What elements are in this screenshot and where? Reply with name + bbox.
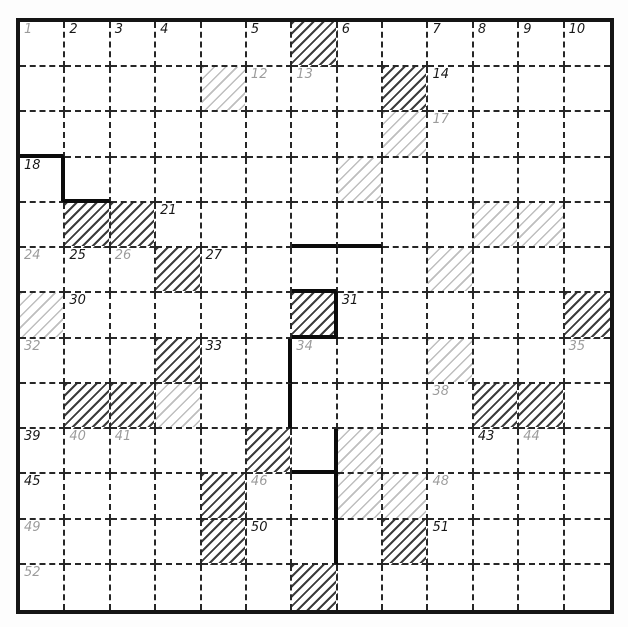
clue-number: 4 <box>160 23 168 36</box>
crossword-cell[interactable] <box>338 474 383 519</box>
clue-number: 1 <box>24 23 32 36</box>
crossword-cell[interactable] <box>338 565 383 610</box>
crossword-cell[interactable] <box>428 293 473 338</box>
clue-number: 41 <box>115 430 132 443</box>
crossword-cell[interactable]: 26 <box>111 248 156 293</box>
crossword-cell[interactable] <box>65 67 110 112</box>
crossword-cell[interactable] <box>565 474 610 519</box>
crossword-cell[interactable] <box>565 248 610 293</box>
crossword-cell[interactable] <box>474 67 519 112</box>
block-cell <box>292 565 337 610</box>
crossword-cell[interactable]: 4 <box>156 22 201 67</box>
crossword-cell[interactable]: 17 <box>428 112 473 157</box>
block-cell <box>156 339 201 384</box>
crossword-grid: 1234567891012131417182124252627303132333… <box>16 18 614 614</box>
crossword-cell[interactable] <box>156 565 201 610</box>
crossword-cell[interactable] <box>65 474 110 519</box>
crossword-cell[interactable]: 49 <box>20 520 65 565</box>
crossword-cell[interactable] <box>519 112 564 157</box>
crossword-cell[interactable]: 51 <box>428 520 473 565</box>
clue-number: 48 <box>432 475 449 488</box>
crossword-cell[interactable] <box>519 248 564 293</box>
crossword-cell[interactable]: 45 <box>20 474 65 519</box>
crossword-cell[interactable] <box>247 384 292 429</box>
crossword-cell[interactable] <box>156 293 201 338</box>
clue-number: 45 <box>24 475 41 488</box>
block-cell <box>383 67 428 112</box>
block-cell <box>202 474 247 519</box>
crossword-cell[interactable]: 12 <box>247 67 292 112</box>
clue-number: 44 <box>523 430 540 443</box>
crossword-cell[interactable]: 1 <box>20 22 65 67</box>
crossword-cell[interactable] <box>111 158 156 203</box>
clue-number: 2 <box>69 23 77 36</box>
crossword-cell[interactable] <box>247 565 292 610</box>
crossword-cell[interactable] <box>202 203 247 248</box>
crossword-cell[interactable]: 30 <box>65 293 110 338</box>
crossword-cell[interactable] <box>474 158 519 203</box>
crossword-cell[interactable] <box>202 158 247 203</box>
clue-number: 17 <box>432 113 449 126</box>
crossword-cell[interactable] <box>202 112 247 157</box>
block-cell <box>111 203 156 248</box>
crossword-cell[interactable] <box>565 67 610 112</box>
crossword-cell[interactable] <box>338 339 383 384</box>
crossword-cell[interactable]: 6 <box>338 22 383 67</box>
block-cell <box>65 203 110 248</box>
clue-number: 38 <box>432 385 449 398</box>
crossword-cell[interactable] <box>292 112 337 157</box>
crossword-cell[interactable] <box>156 520 201 565</box>
clue-number: 24 <box>24 249 41 262</box>
clue-number: 46 <box>251 475 268 488</box>
crossword-cell[interactable] <box>292 520 337 565</box>
crossword-cell[interactable] <box>111 520 156 565</box>
crossword-cell[interactable]: 10 <box>565 22 610 67</box>
crossword-cell[interactable]: 40 <box>65 429 110 474</box>
crossword-cell[interactable] <box>338 384 383 429</box>
crossword-cell[interactable] <box>247 248 292 293</box>
clue-number: 33 <box>206 340 223 353</box>
crossword-cell[interactable] <box>20 384 65 429</box>
crossword-cell[interactable] <box>383 565 428 610</box>
crossword-cell[interactable] <box>428 429 473 474</box>
crossword-cell[interactable] <box>202 429 247 474</box>
crossword-cell[interactable] <box>292 429 337 474</box>
crossword-cell[interactable] <box>111 293 156 338</box>
block-cell <box>247 429 292 474</box>
crossword-cell[interactable] <box>156 384 201 429</box>
clue-number: 3 <box>115 23 123 36</box>
clue-number: 10 <box>569 23 586 36</box>
crossword-cell[interactable] <box>111 339 156 384</box>
crossword-cell[interactable] <box>474 112 519 157</box>
clue-number: 18 <box>24 159 41 172</box>
crossword-cell[interactable] <box>20 293 65 338</box>
crossword-cell[interactable] <box>565 112 610 157</box>
crossword-cell[interactable] <box>338 203 383 248</box>
crossword-cell[interactable]: 32 <box>20 339 65 384</box>
crossword-cell[interactable] <box>428 339 473 384</box>
clue-number: 50 <box>251 521 268 534</box>
crossword-cell[interactable] <box>474 565 519 610</box>
crossword-cell[interactable]: 24 <box>20 248 65 293</box>
clue-number: 34 <box>296 340 313 353</box>
crossword-cell[interactable] <box>292 248 337 293</box>
block-cell <box>383 520 428 565</box>
crossword-cell[interactable] <box>428 565 473 610</box>
crossword-cell[interactable]: 9 <box>519 22 564 67</box>
crossword-cell[interactable]: 31 <box>338 293 383 338</box>
clue-number: 51 <box>432 521 449 534</box>
crossword-cell[interactable] <box>565 429 610 474</box>
crossword-cell[interactable] <box>338 67 383 112</box>
crossword-cell[interactable] <box>65 339 110 384</box>
crossword-cell[interactable]: 41 <box>111 429 156 474</box>
block-cell <box>474 384 519 429</box>
crossword-cell[interactable] <box>474 339 519 384</box>
clue-number: 31 <box>342 294 359 307</box>
crossword-cell[interactable] <box>247 293 292 338</box>
crossword-cell[interactable] <box>383 203 428 248</box>
crossword-cell[interactable] <box>202 293 247 338</box>
block-cell <box>111 384 156 429</box>
clue-number: 25 <box>69 249 86 262</box>
crossword-cell[interactable] <box>292 384 337 429</box>
crossword-cell[interactable] <box>20 112 65 157</box>
clue-number: 6 <box>342 23 350 36</box>
crossword-cell[interactable] <box>247 203 292 248</box>
crossword-cell[interactable] <box>383 339 428 384</box>
clue-number: 39 <box>24 430 41 443</box>
crossword-cell[interactable] <box>156 158 201 203</box>
crossword-cell[interactable]: 18 <box>20 158 65 203</box>
crossword-cell[interactable]: 46 <box>247 474 292 519</box>
crossword-cell[interactable] <box>519 474 564 519</box>
crossword-cell[interactable]: 8 <box>474 22 519 67</box>
block-cell <box>519 384 564 429</box>
clue-number: 7 <box>432 23 440 36</box>
crossword-cell[interactable] <box>156 67 201 112</box>
clue-number: 30 <box>69 294 86 307</box>
crossword-cell[interactable] <box>202 22 247 67</box>
crossword-cell[interactable]: 33 <box>202 339 247 384</box>
clue-number: 49 <box>24 521 41 534</box>
crossword-cell[interactable] <box>519 339 564 384</box>
crossword-cell[interactable]: 14 <box>428 67 473 112</box>
crossword-cell[interactable] <box>111 67 156 112</box>
crossword-cell[interactable] <box>565 203 610 248</box>
clue-number: 40 <box>69 430 86 443</box>
crossword-cell[interactable] <box>338 158 383 203</box>
clue-number: 27 <box>206 249 223 262</box>
crossword-cell[interactable] <box>338 520 383 565</box>
clue-number: 13 <box>296 68 313 81</box>
crossword-cell[interactable] <box>428 203 473 248</box>
crossword-cell[interactable] <box>111 112 156 157</box>
block-cell <box>202 520 247 565</box>
crossword-cell[interactable]: 52 <box>20 565 65 610</box>
crossword-cell[interactable]: 25 <box>65 248 110 293</box>
crossword-cell[interactable] <box>156 429 201 474</box>
crossword-cell[interactable] <box>519 293 564 338</box>
crossword-cell[interactable] <box>565 384 610 429</box>
clue-number: 52 <box>24 566 41 579</box>
crossword-cell[interactable] <box>383 384 428 429</box>
crossword-cell[interactable] <box>383 22 428 67</box>
crossword-cell[interactable]: 13 <box>292 67 337 112</box>
crossword-cell[interactable] <box>383 429 428 474</box>
crossword-cell[interactable]: 2 <box>65 22 110 67</box>
crossword-cell[interactable] <box>202 67 247 112</box>
crossword-cell[interactable] <box>65 565 110 610</box>
crossword-cell[interactable]: 39 <box>20 429 65 474</box>
crossword-cell[interactable] <box>20 67 65 112</box>
crossword-cell[interactable] <box>519 203 564 248</box>
crossword-cell[interactable] <box>65 112 110 157</box>
crossword-cell[interactable] <box>474 293 519 338</box>
crossword-cell[interactable]: 7 <box>428 22 473 67</box>
crossword-cell[interactable] <box>428 158 473 203</box>
crossword-cell[interactable] <box>383 112 428 157</box>
crossword-cell[interactable]: 3 <box>111 22 156 67</box>
crossword-cell[interactable]: 5 <box>247 22 292 67</box>
crossword-cell[interactable] <box>565 520 610 565</box>
crossword-cell[interactable] <box>519 520 564 565</box>
crossword-cell[interactable] <box>474 248 519 293</box>
crossword-cell[interactable]: 34 <box>292 339 337 384</box>
crossword-cell[interactable] <box>202 384 247 429</box>
crossword-cell[interactable]: 50 <box>247 520 292 565</box>
clue-number: 12 <box>251 68 268 81</box>
crossword-cell[interactable] <box>247 112 292 157</box>
crossword-sheet: 1234567891012131417182124252627303132333… <box>0 0 628 627</box>
crossword-cell[interactable] <box>383 158 428 203</box>
crossword-cell[interactable]: 38 <box>428 384 473 429</box>
crossword-cell[interactable] <box>292 203 337 248</box>
crossword-cell[interactable] <box>292 474 337 519</box>
crossword-cell[interactable] <box>65 520 110 565</box>
crossword-cell[interactable] <box>474 203 519 248</box>
clue-number: 35 <box>569 340 586 353</box>
clue-number: 8 <box>478 23 486 36</box>
crossword-cell[interactable]: 43 <box>474 429 519 474</box>
crossword-cell[interactable] <box>383 248 428 293</box>
block-cell <box>65 384 110 429</box>
clue-number: 32 <box>24 340 41 353</box>
clue-number: 43 <box>478 430 495 443</box>
block-cell <box>156 248 201 293</box>
crossword-cell[interactable] <box>474 474 519 519</box>
crossword-cell[interactable] <box>65 158 110 203</box>
crossword-cell[interactable] <box>474 520 519 565</box>
block-cell <box>565 293 610 338</box>
crossword-cell[interactable] <box>519 67 564 112</box>
crossword-cell[interactable] <box>383 293 428 338</box>
crossword-cell[interactable] <box>111 474 156 519</box>
crossword-cell[interactable]: 21 <box>156 203 201 248</box>
crossword-cell[interactable] <box>20 203 65 248</box>
crossword-cell[interactable] <box>565 565 610 610</box>
crossword-cell[interactable] <box>247 339 292 384</box>
crossword-cell[interactable] <box>156 112 201 157</box>
crossword-cell[interactable] <box>111 565 156 610</box>
crossword-cell[interactable]: 48 <box>428 474 473 519</box>
crossword-cell[interactable] <box>428 248 473 293</box>
block-cell <box>292 22 337 67</box>
crossword-cell[interactable] <box>519 565 564 610</box>
clue-number: 9 <box>523 23 531 36</box>
block-cell <box>292 293 337 338</box>
crossword-cell[interactable] <box>156 474 201 519</box>
crossword-cell[interactable] <box>338 112 383 157</box>
clue-number: 14 <box>432 68 449 81</box>
clue-number: 26 <box>115 249 132 262</box>
crossword-cell[interactable] <box>338 248 383 293</box>
crossword-cell[interactable]: 44 <box>519 429 564 474</box>
clue-number: 5 <box>251 23 259 36</box>
crossword-cell[interactable]: 27 <box>202 248 247 293</box>
crossword-cell[interactable] <box>383 474 428 519</box>
crossword-cell[interactable] <box>292 158 337 203</box>
crossword-cell[interactable] <box>565 158 610 203</box>
crossword-cell[interactable]: 35 <box>565 339 610 384</box>
crossword-cell[interactable] <box>338 429 383 474</box>
crossword-cell[interactable] <box>247 158 292 203</box>
crossword-cell[interactable] <box>202 565 247 610</box>
crossword-cell[interactable] <box>519 158 564 203</box>
clue-number: 21 <box>160 204 177 217</box>
